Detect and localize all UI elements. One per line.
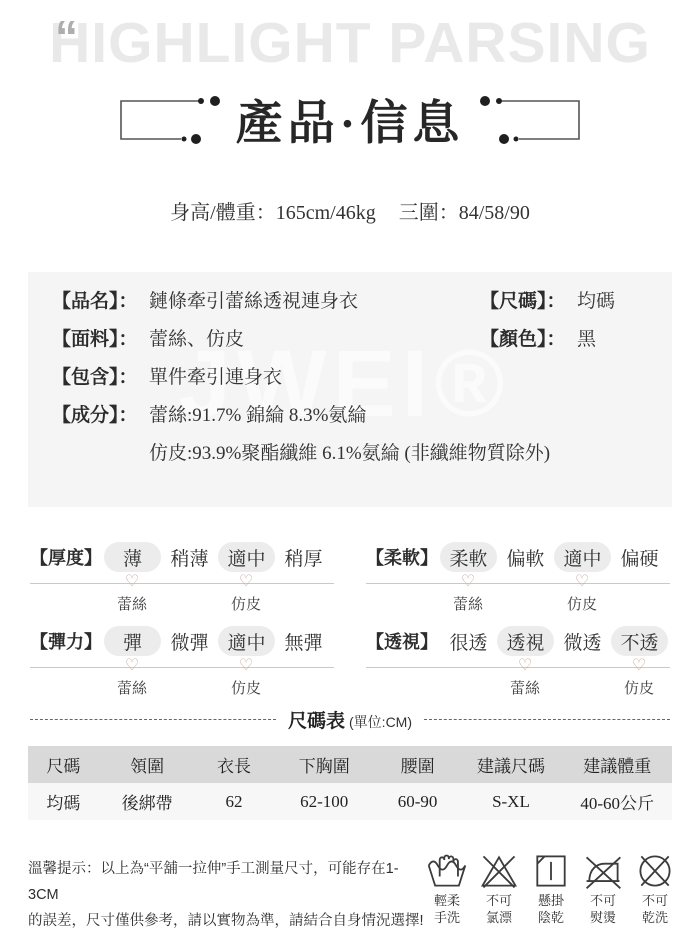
footer: 溫馨提示：以上為“平舖一拉伸”手工測量尺寸，可能存在1-3CM 的誤差，尺寸僅供…: [28, 850, 678, 934]
attribute-option: 偏軟: [497, 542, 554, 572]
table-cell: 60-90: [376, 783, 460, 820]
heart-icon: ♡: [575, 574, 589, 590]
hang-dry-shade-icon: [529, 850, 573, 892]
attribute-block-sheerness: 【透視】 很透 透視 微透 不透 ♡ 蕾絲 ♡ 仿皮: [366, 625, 670, 705]
table-header-cell: 尺碼: [28, 746, 99, 783]
attribute-block-thickness: 【厚度】 薄 稍薄 適中 稍厚 ♡ 蕾絲 ♡ 仿皮: [30, 541, 334, 621]
field-label: 【面料】：: [52, 321, 149, 359]
marker-label: 蕾絲: [453, 593, 483, 614]
heart-icon: ♡: [518, 658, 532, 674]
scale-line: [30, 583, 334, 584]
field-value: 單件牽引連身衣: [149, 367, 282, 388]
care-label: 不可: [486, 892, 512, 909]
scale-line: [366, 583, 670, 584]
size-chart-unit: (單位:CM): [349, 714, 412, 730]
scale-marker: ♡ 仿皮: [231, 574, 261, 614]
background-ghost-text: HIGHLIGHT PARSING: [0, 12, 700, 75]
info-row-color: 【顏色】：黑: [480, 321, 615, 359]
attribute-option: 透視: [497, 626, 554, 656]
care-label: 不可: [590, 892, 616, 909]
field-label: 【尺碼】：: [480, 283, 577, 321]
size-chart-title-row: 尺碼表(單位:CM): [30, 706, 670, 733]
care-label: 陰乾: [538, 909, 564, 926]
field-value: 黑: [577, 329, 596, 350]
table-header-cell: 領圍: [99, 746, 196, 783]
table-header-cell: 下胸圍: [273, 746, 376, 783]
heart-icon: ♡: [239, 658, 253, 674]
scale-marker: ♡ 仿皮: [231, 658, 261, 698]
height-weight: 身高/體重：165cm/46kg: [170, 202, 376, 224]
info-row-composition-2: 仿皮:93.9%聚酯纖維 6.1%氨綸 (非纖維物質除外): [52, 435, 672, 473]
field-label: 【成分】：: [52, 397, 149, 435]
marker-label: 仿皮: [231, 593, 261, 614]
care-item: 不可 乾洗: [632, 850, 678, 926]
gentle-hand-wash-icon: [425, 850, 469, 892]
care-item: 不可 氯漂: [476, 850, 522, 926]
attribute-name: 【厚度】: [30, 544, 104, 570]
field-label: 【包含】：: [52, 359, 149, 397]
heart-icon: ♡: [632, 658, 646, 674]
quote-mark-icon: “: [55, 14, 78, 60]
table-cell: 均碼: [28, 783, 99, 820]
marker-label: 仿皮: [624, 677, 654, 698]
care-label: 氯漂: [486, 909, 512, 926]
field-label: 【品名】：: [52, 283, 149, 321]
care-label: 懸掛: [538, 892, 564, 909]
title-decoration-left-icon: [116, 94, 220, 146]
care-label: 手洗: [434, 909, 460, 926]
attribute-name: 【透視】: [366, 628, 440, 654]
product-info-page: “ HIGHLIGHT PARSING 產品·信息 身高/體重：165cm/46…: [0, 0, 700, 945]
marker-label: 蕾絲: [510, 677, 540, 698]
scale-marker: ♡ 仿皮: [624, 658, 654, 698]
warm-tips: 溫馨提示：以上為“平舖一拉伸”手工測量尺寸，可能存在1-3CM 的誤差，尺寸僅供…: [28, 850, 424, 934]
attribute-block-stretch: 【彈力】 彈 微彈 適中 無彈 ♡ 蕾絲 ♡ 仿皮: [30, 625, 334, 705]
marker-label: 仿皮: [567, 593, 597, 614]
attribute-option: 適中: [554, 542, 611, 572]
field-value: 均碼: [577, 291, 615, 312]
info-row-contents: 【包含】：單件牽引連身衣: [52, 359, 672, 397]
size-chart-title: 尺碼表(單位:CM): [288, 706, 412, 733]
title-decoration-right-icon: [480, 94, 584, 146]
table-cell: S-XL: [459, 783, 562, 820]
attribute-option: 適中: [218, 542, 275, 572]
care-label: 輕柔: [434, 892, 460, 909]
table-header-cell: 衣長: [195, 746, 272, 783]
table-row: 均碼 後綁帶 62 62-100 60-90 S-XL 40-60公斤: [28, 783, 672, 820]
care-item: 懸掛 陰乾: [528, 850, 574, 926]
product-info-box: JWEI® 【品名】：鏈條牽引蕾絲透視連身衣 【面料】：蕾絲、仿皮 【包含】：單…: [28, 272, 672, 507]
attribute-option: 微彈: [161, 626, 218, 656]
scale-marker: ♡ 蕾絲: [510, 658, 540, 698]
attribute-option: 薄: [104, 542, 161, 572]
care-item: 輕柔 手洗: [424, 850, 470, 926]
info-right-column: 【尺碼】：均碼 【顏色】：黑: [480, 283, 615, 359]
field-value: 鏈條牽引蕾絲透視連身衣: [149, 291, 358, 312]
info-row-size: 【尺碼】：均碼: [480, 283, 615, 321]
attribute-option: 彈: [104, 626, 161, 656]
no-iron-icon: [581, 850, 625, 892]
attribute-option: 微透: [554, 626, 611, 656]
heart-icon: ♡: [461, 574, 475, 590]
dashed-line-left: [30, 719, 276, 720]
attribute-option: 稍薄: [161, 542, 218, 572]
table-cell: 62: [195, 783, 272, 820]
table-cell: 62-100: [273, 783, 376, 820]
field-value: 仿皮:93.9%聚酯纖維 6.1%氨綸 (非纖維物質除外): [149, 443, 550, 464]
attribute-name: 【彈力】: [30, 628, 104, 654]
care-instructions: 輕柔 手洗 不可 氯漂 懸掛 陰乾: [424, 850, 678, 926]
heart-icon: ♡: [125, 658, 139, 674]
attribute-block-softness: 【柔軟】 柔軟 偏軟 適中 偏硬 ♡ 蕾絲 ♡ 仿皮: [366, 541, 670, 621]
marker-label: 蕾絲: [117, 593, 147, 614]
attribute-option: 稍厚: [275, 542, 332, 572]
care-label: 乾洗: [642, 909, 668, 926]
attribute-option: 不透: [611, 626, 668, 656]
field-label: 【顏色】：: [480, 321, 577, 359]
tips-line-2: 的誤差，尺寸僅供參考，請以實物為準，請結合自身情況選擇!: [28, 908, 424, 934]
size-chart-title-text: 尺碼表: [288, 711, 345, 732]
attribute-option: 很透: [440, 626, 497, 656]
title-row: 產品·信息: [0, 86, 700, 153]
care-label: 不可: [642, 892, 668, 909]
info-row-composition: 【成分】：蕾絲:91.7% 錦綸 8.3%氨綸: [52, 397, 672, 435]
attribute-name: 【柔軟】: [366, 544, 440, 570]
scale-marker: ♡ 蕾絲: [117, 574, 147, 614]
table-header-cell: 腰圍: [376, 746, 460, 783]
scale-line: [30, 667, 334, 668]
header: “ HIGHLIGHT PARSING: [0, 12, 700, 75]
attribute-option: 適中: [218, 626, 275, 656]
size-chart-table: 尺碼 領圍 衣長 下胸圍 腰圍 建議尺碼 建議體重 均碼 後綁帶 62 62-1…: [28, 746, 672, 820]
attribute-scales: 【厚度】 薄 稍薄 適中 稍厚 ♡ 蕾絲 ♡ 仿皮 【柔軟】: [30, 541, 670, 705]
attribute-option: 偏硬: [611, 542, 668, 572]
tips-line-1: 溫馨提示：以上為“平舖一拉伸”手工測量尺寸，可能存在1-3CM: [28, 856, 424, 908]
scale-marker: ♡ 蕾絲: [453, 574, 483, 614]
field-value: 蕾絲:91.7% 錦綸 8.3%氨綸: [149, 405, 366, 426]
table-cell: 40-60公斤: [562, 783, 672, 820]
table-cell: 後綁帶: [99, 783, 196, 820]
attribute-option: 柔軟: [440, 542, 497, 572]
three-measurements: 三圍：84/58/90: [399, 202, 530, 224]
marker-label: 仿皮: [231, 677, 261, 698]
table-header-row: 尺碼 領圍 衣長 下胸圍 腰圍 建議尺碼 建議體重: [28, 746, 672, 783]
table-header-cell: 建議尺碼: [459, 746, 562, 783]
scale-marker: ♡ 蕾絲: [117, 658, 147, 698]
heart-icon: ♡: [125, 574, 139, 590]
no-bleach-icon: [477, 850, 521, 892]
care-item: 不可 熨燙: [580, 850, 626, 926]
attribute-option: 無彈: [275, 626, 332, 656]
marker-label: 蕾絲: [117, 677, 147, 698]
care-label: 熨燙: [590, 909, 616, 926]
model-measurements: 身高/體重：165cm/46kg 三圍：84/58/90: [0, 196, 700, 225]
table-header-cell: 建議體重: [562, 746, 672, 783]
no-dry-clean-icon: [633, 850, 677, 892]
dashed-line-right: [424, 719, 670, 720]
heart-icon: ♡: [239, 574, 253, 590]
page-title: 產品·信息: [236, 86, 465, 153]
scale-marker: ♡ 仿皮: [567, 574, 597, 614]
field-value: 蕾絲、仿皮: [149, 329, 244, 350]
